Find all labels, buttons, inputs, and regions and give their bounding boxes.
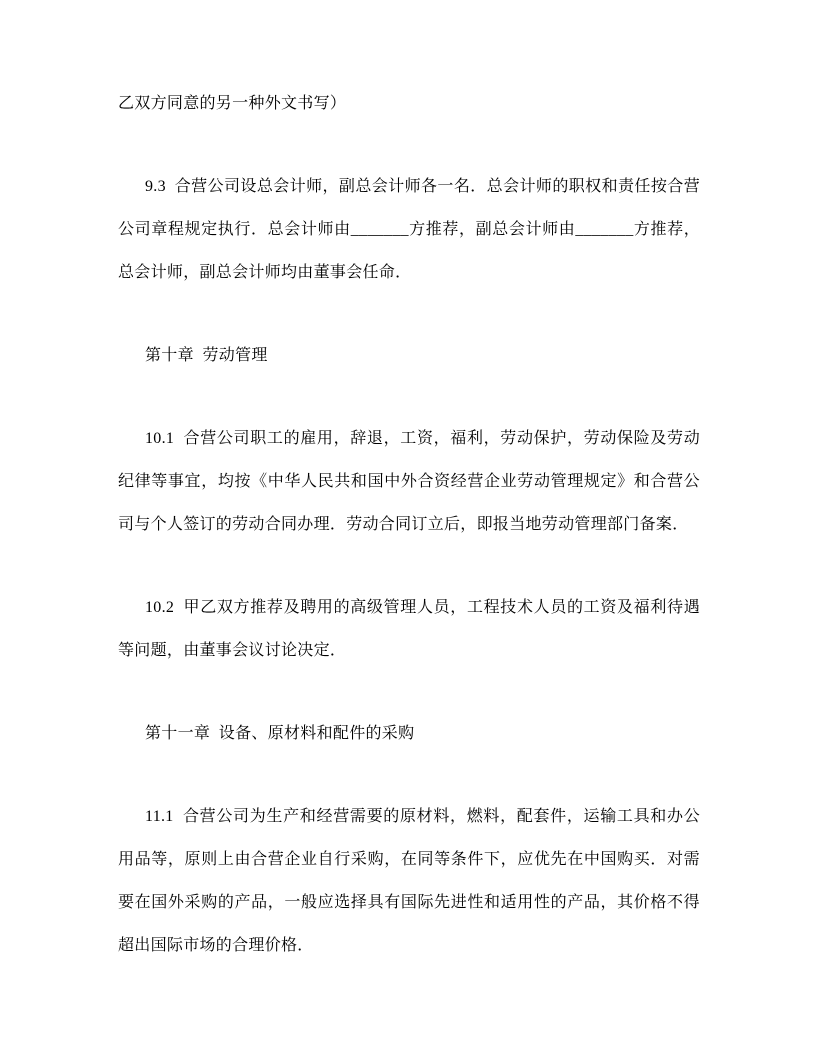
paragraph-clause-9-3: 9.3 合营公司设总会计师，副总会计师各一名．总会计师的职权和责任按合营公司章程… — [118, 165, 700, 294]
chapter-11-heading: 第十一章 设备、原材料和配件的采购 — [118, 712, 700, 755]
chapter-10-heading: 第十章 劳动管理 — [118, 334, 700, 377]
paragraph-clause-10-2: 10.2 甲乙双方推荐及聘用的高级管理人员，工程技术人员的工资及福利待遇等问题，… — [118, 586, 700, 672]
paragraph-clause-11-1: 11.1 合营公司为生产和经营需要的原材料，燃料，配套件，运输工具和办公用品等，… — [118, 795, 700, 967]
document-page: 乙双方同意的另一种外文书写） 9.3 合营公司设总会计师，副总会计师各一名．总会… — [0, 0, 816, 1056]
paragraph-clause-10-1: 10.1 合营公司职工的雇用，辞退，工资，福利，劳动保护，劳动保险及劳动纪律等事… — [118, 417, 700, 546]
paragraph-continuation: 乙双方同意的另一种外文书写） — [118, 82, 700, 125]
